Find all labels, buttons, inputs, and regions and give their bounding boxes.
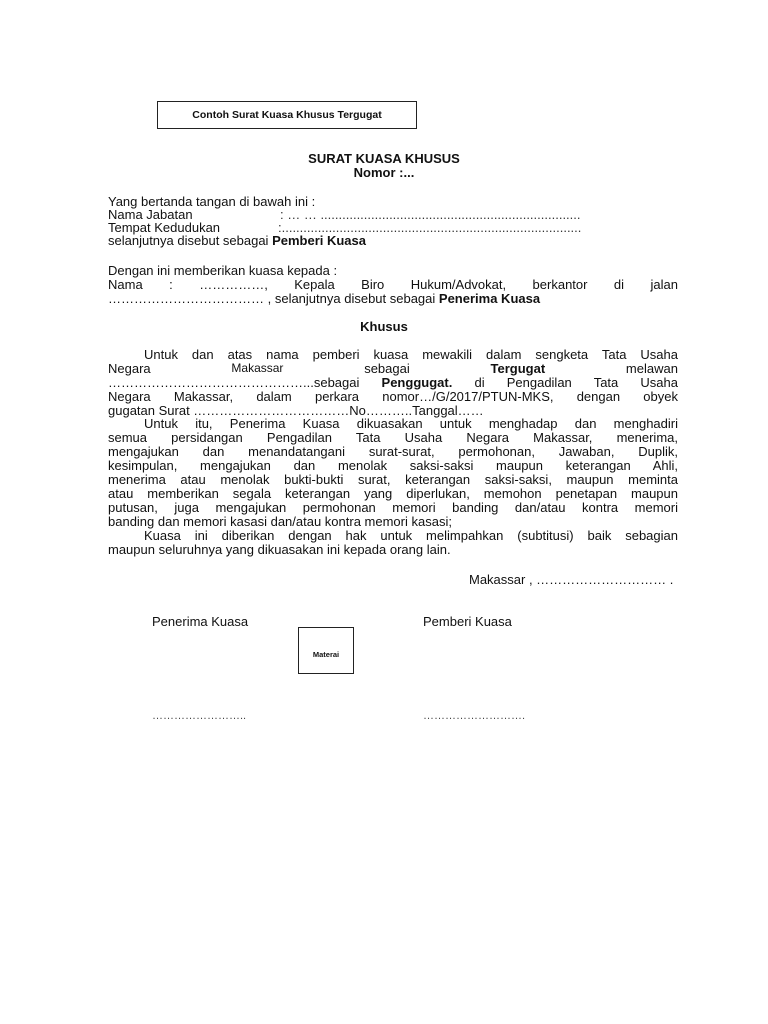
- document-page: Contoh Surat Kuasa Khusus Tergugat SURAT…: [0, 0, 768, 1024]
- paragraph2-line: atau memberikan segala keterangan yang d…: [108, 487, 678, 501]
- signature-label-grantee: Penerima Kuasa: [152, 615, 248, 629]
- grantee-closing: ……………………………… , selanjutnya disebut sebag…: [108, 292, 540, 306]
- word: berkantor: [533, 278, 588, 292]
- stamp-duty-label: Materai: [313, 650, 339, 659]
- paragraph3-line: maupun seluruhnya yang dikuasakan ini ke…: [108, 543, 451, 557]
- word: Biro: [361, 278, 384, 292]
- signature-label-grantor: Pemberi Kuasa: [423, 615, 512, 629]
- word: Makassar: [231, 362, 283, 376]
- paragraph2-line: putusan, juga mengajukan permohonan memo…: [108, 501, 678, 515]
- paragraph1-line4: Negara Makassar, dalam perkara nomor…/G/…: [108, 390, 678, 404]
- paragraph2-line: mengajukan dan menandatangani surat-sura…: [108, 445, 678, 459]
- grantee-closing-prefix: ……………………………… , selanjutnya disebut sebag…: [108, 291, 439, 306]
- document-title: SURAT KUASA KHUSUS: [0, 152, 768, 166]
- paragraph1-line3: ………………………………………...sebagai Penggugat. di …: [108, 376, 678, 390]
- signature-line-grantor: ……………………….: [423, 710, 525, 724]
- grantor-closing-prefix: selanjutnya disebut sebagai: [108, 233, 272, 248]
- example-label-box: Contoh Surat Kuasa Khusus Tergugat: [157, 101, 417, 129]
- word: di: [614, 278, 624, 292]
- paragraph1-line2: Negara Makassar sebagai Tergugat melawan: [108, 362, 678, 376]
- grantee-intro: Dengan ini memberikan kuasa kepada :: [108, 264, 337, 278]
- section-heading-khusus: Khusus: [0, 320, 768, 334]
- word: Kepala: [294, 278, 334, 292]
- grantee-role: Penerima Kuasa: [439, 291, 540, 306]
- grantor-closing: selanjutnya disebut sebagai Pemberi Kuas…: [108, 234, 366, 248]
- word: jalan: [650, 278, 677, 292]
- text: ………………………………………...sebagai: [108, 375, 382, 390]
- paragraph3-line: Kuasa ini diberikan dengan hak untuk mel…: [108, 529, 678, 543]
- place-date: Makassar , ………………………… .: [469, 573, 673, 587]
- paragraph2-line: semua persidangan Pengadilan Tata Usaha …: [108, 431, 678, 445]
- word: Negara: [108, 362, 151, 376]
- word: :: [169, 278, 173, 292]
- signature-line-grantee: ……………………..: [152, 710, 246, 724]
- document-number: Nomor :...: [0, 166, 768, 180]
- text: di Pengadilan Tata Usaha: [452, 375, 678, 390]
- grantor-role: Pemberi Kuasa: [272, 233, 366, 248]
- paragraph2-line: menerima atau menolak bukti-bukti surat,…: [108, 473, 678, 487]
- paragraph2-line: kesimpulan, mengajukan dan menolak saksi…: [108, 459, 678, 473]
- grantee-name-line: Nama : ……………, Kepala Biro Hukum/Advokat,…: [108, 278, 678, 292]
- role-penggugat: Penggugat.: [382, 375, 453, 390]
- example-label-text: Contoh Surat Kuasa Khusus Tergugat: [192, 109, 381, 121]
- word: Nama: [108, 278, 143, 292]
- word: sebagai: [364, 362, 410, 376]
- word: melawan: [626, 362, 678, 376]
- word: ……………,: [199, 278, 268, 292]
- role-tergugat: Tergugat: [491, 362, 546, 376]
- paragraph2-line: banding dan memori kasasi dan/atau kontr…: [108, 515, 452, 529]
- paragraph1-line1: Untuk dan atas nama pemberi kuasa mewaki…: [108, 348, 678, 362]
- paragraph2-line: Untuk itu, Penerima Kuasa dikuasakan unt…: [108, 417, 678, 431]
- word: Hukum/Advokat,: [411, 278, 506, 292]
- stamp-duty-box: Materai: [298, 627, 354, 674]
